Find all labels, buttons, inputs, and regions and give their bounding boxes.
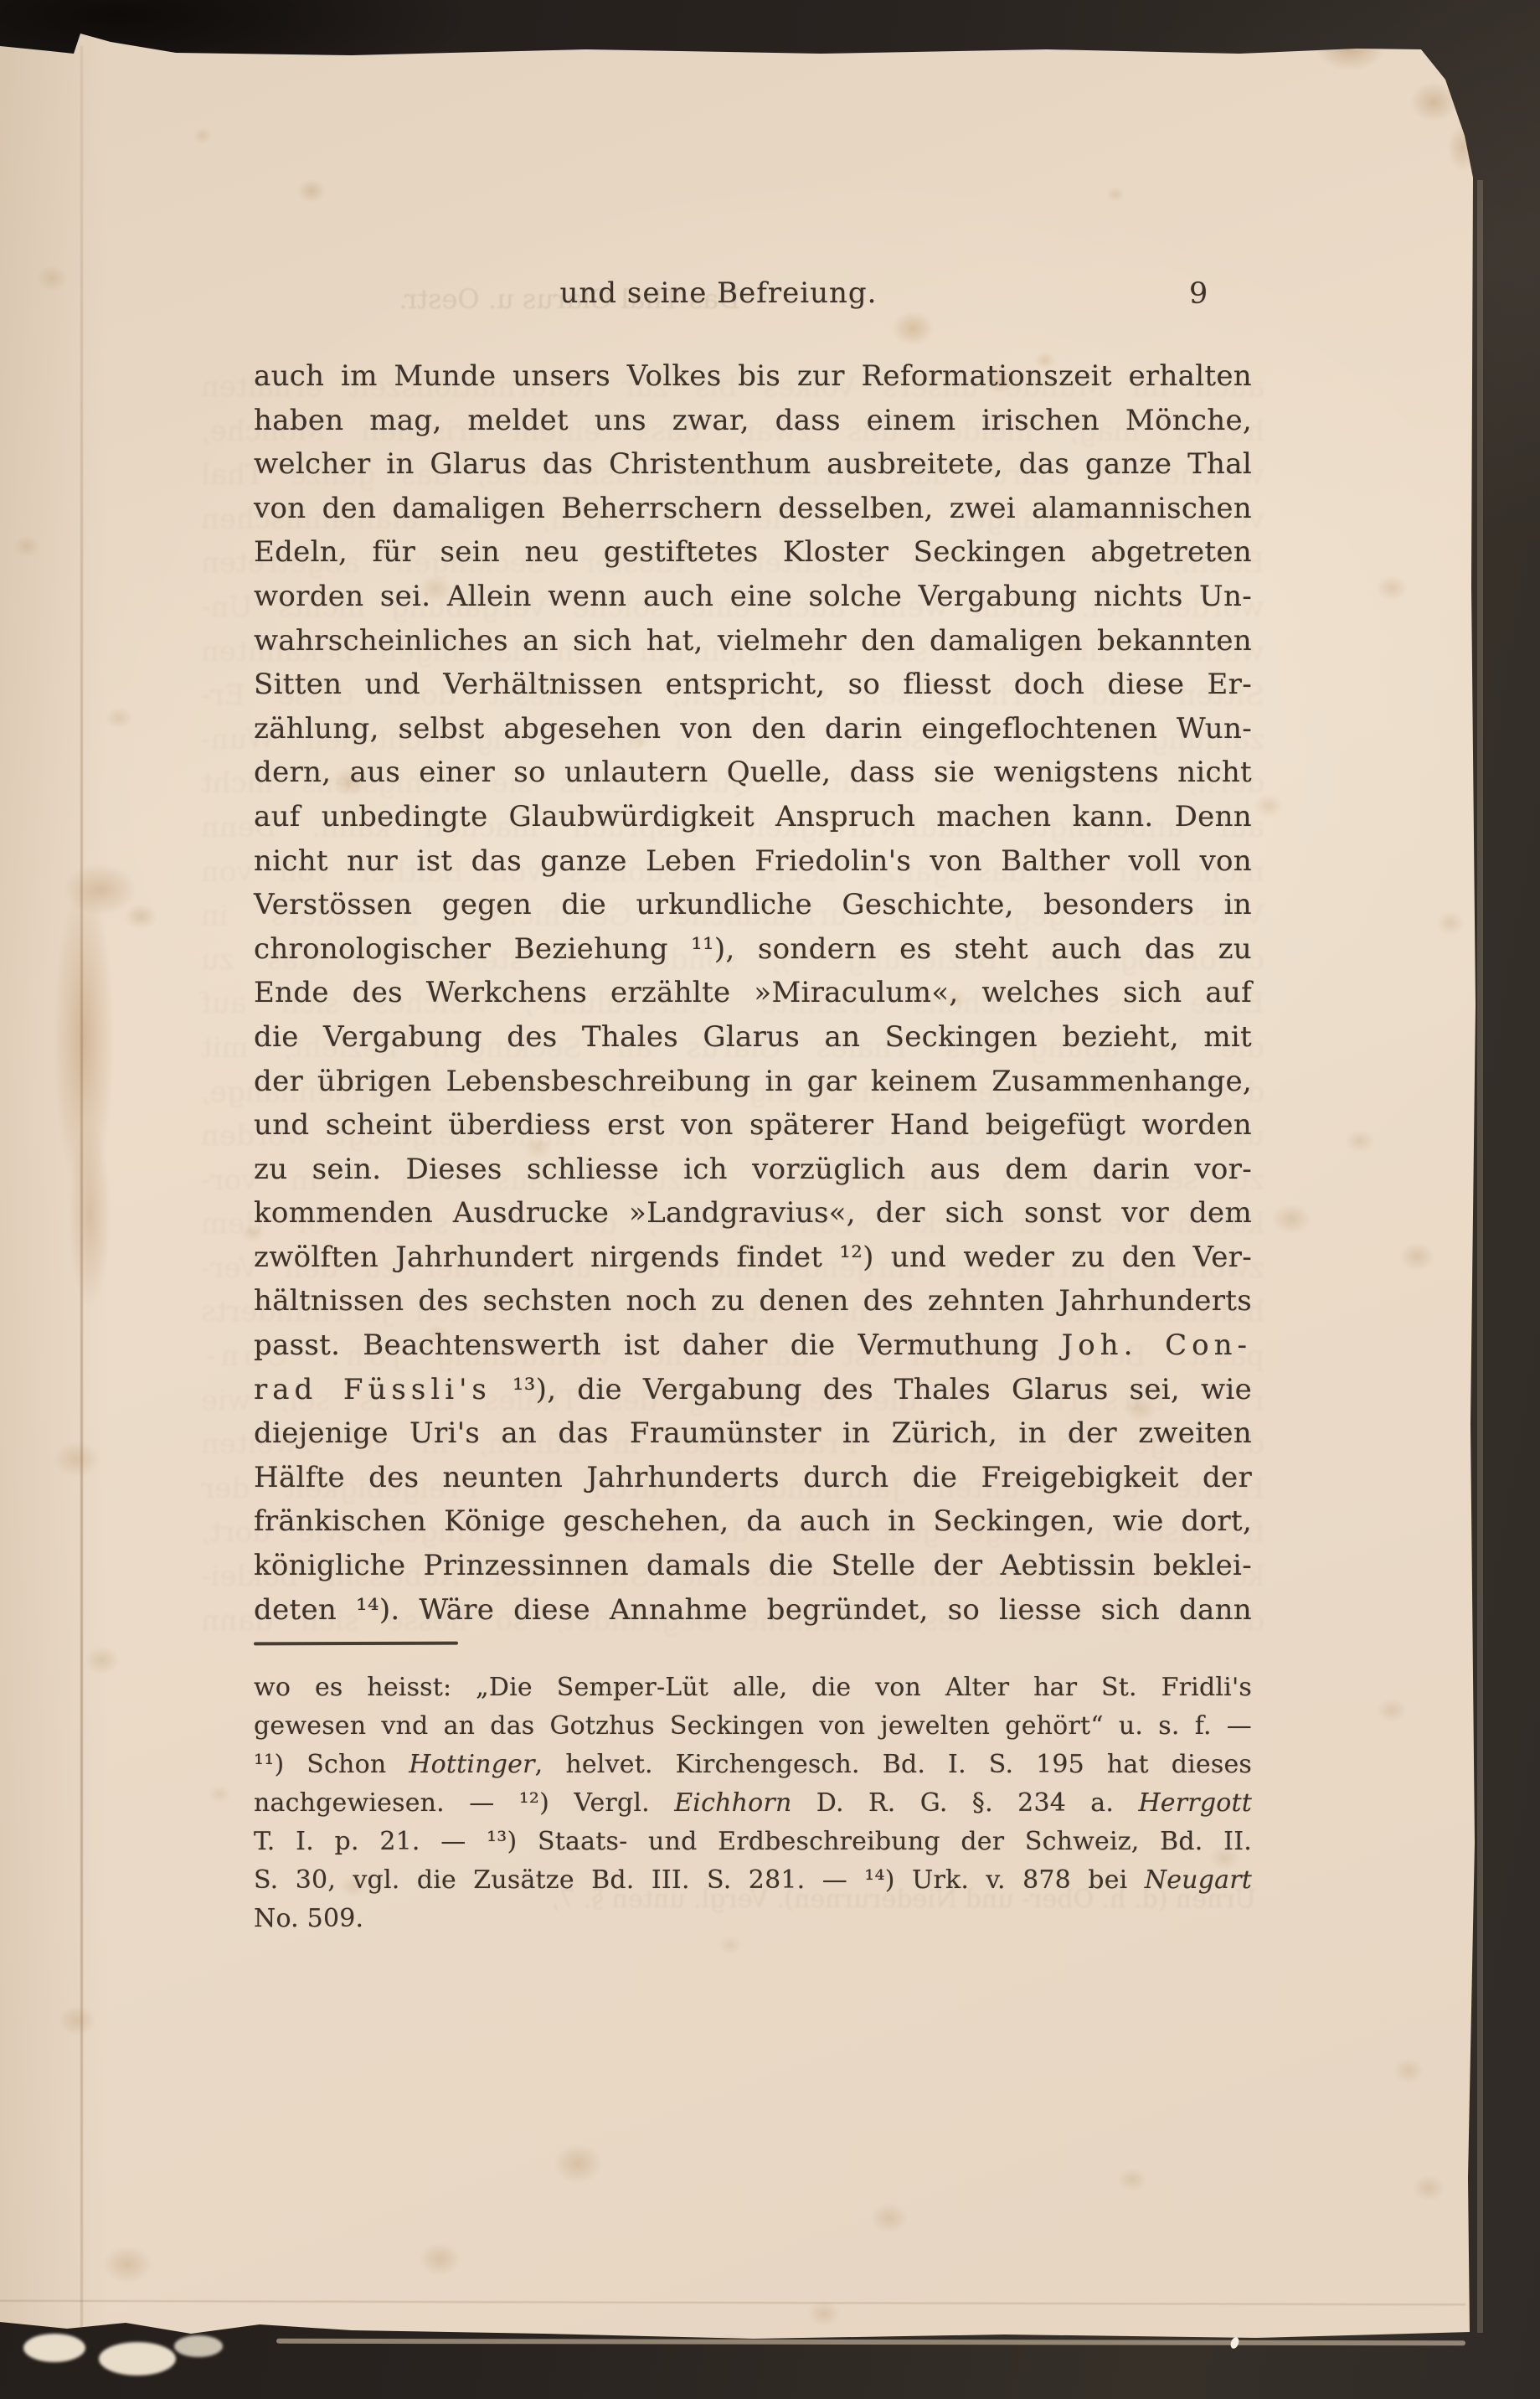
paper-fray: [23, 2334, 85, 2362]
text-line: passt. Beachtenswerth ist daher die Verm…: [254, 1323, 1252, 1368]
paper-fray: [174, 2335, 223, 2357]
text-line: zu sein. Dieses schliesse ich vorzüglich…: [254, 1148, 1252, 1192]
text-line: Verstössen gegen die urkundliche Geschic…: [254, 883, 1252, 927]
text-line: nicht nur ist das ganze Leben Friedolin'…: [254, 839, 1252, 884]
text-line: dern, aus einer so unlautern Quelle, das…: [254, 751, 1252, 795]
text-line: und scheint überdiess erst von späterer …: [254, 1103, 1252, 1148]
scanned-page-photo: Das Thal Glarus u. Oestr. auch im Munde …: [0, 0, 1540, 2399]
footnotes: wo es heisst: „Die Semper-Lüt alle, die …: [254, 1669, 1252, 1938]
page-number: 9: [1189, 277, 1239, 311]
text-line: die Vergabung des Thales Glarus an Secki…: [254, 1015, 1252, 1060]
book-page: Das Thal Glarus u. Oestr. auch im Munde …: [0, 0, 1540, 2399]
text-line: königliche Prinzessinnen damals die Stel…: [254, 1544, 1252, 1588]
vertical-crease: [80, 46, 83, 2333]
text-line: auch im Munde unsers Volkes bis zur Refo…: [254, 354, 1252, 399]
text-line: zählung, selbst abgesehen von den darin …: [254, 707, 1252, 751]
text-line: Hälfte des neunten Jahrhunderts durch di…: [254, 1456, 1252, 1500]
text-line: wo es heisst: „Die Semper-Lüt alle, die …: [254, 1669, 1252, 1707]
text-line: T. I. p. 21. — ¹³) Staats- und Erdbeschr…: [254, 1823, 1252, 1861]
paper-fray: [99, 2342, 176, 2376]
text-line: hältnissen des sechsten noch zu denen de…: [254, 1279, 1252, 1323]
text-line: rad Füssli's ¹³), die Vergabung des Thal…: [254, 1368, 1252, 1412]
text-line: von den damaligen Beherrschern desselben…: [254, 487, 1252, 531]
text-line: wahrscheinliches an sich hat, vielmehr d…: [254, 619, 1252, 663]
text-line: haben mag, meldet uns zwar, dass einem i…: [254, 399, 1252, 443]
footnote-separator: [254, 1642, 458, 1646]
text-line: ¹¹) Schon Hottinger, helvet. Kirchengesc…: [254, 1746, 1252, 1784]
text-line: Edeln, für sein neu gestiftetes Kloster …: [254, 530, 1252, 575]
text-line: Ende des Werkchens erzählte »Miraculum«,…: [254, 971, 1252, 1015]
text-line: der übrigen Lebensbeschreibung in gar ke…: [254, 1060, 1252, 1104]
text-line: Sitten und Verhältnissen entspricht, so …: [254, 663, 1252, 707]
body-text: auch im Munde unsers Volkes bis zur Refo…: [254, 354, 1252, 1632]
bottom-crease: [0, 2300, 1465, 2306]
text-line: kommenden Ausdrucke »Landgravius«, der s…: [254, 1191, 1252, 1236]
text-line: worden sei. Allein wenn auch eine solche…: [254, 575, 1252, 619]
underlying-page-edge-right: [1477, 180, 1483, 2333]
text-line: auf unbedingte Glaubwürdigkeit Anspruch …: [254, 795, 1252, 839]
text-line: nachgewiesen. — ¹²) Vergl. Eichhorn D. R…: [254, 1784, 1252, 1823]
text-line: diejenige Uri's an das Fraumünster in Zü…: [254, 1411, 1252, 1456]
text-line: fränkischen Könige geschehen, da auch in…: [254, 1499, 1252, 1544]
text-line: deten ¹⁴). Wäre diese Annahme begründet,…: [254, 1588, 1252, 1633]
text-line: No. 509.: [254, 1900, 1252, 1938]
text-line: S. 30, vgl. die Zusätze Bd. III. S. 281.…: [254, 1861, 1252, 1900]
text-line: zwölften Jahrhundert nirgends findet ¹²)…: [254, 1236, 1252, 1280]
running-title: und seine Befreiung.: [254, 276, 1250, 310]
text-line: gewesen vnd an das Gotzhus Seckingen von…: [254, 1707, 1252, 1746]
text-line: welcher in Glarus das Christenthum ausbr…: [254, 442, 1252, 487]
text-line: chronologischer Beziehung ¹¹), sondern e…: [254, 927, 1252, 972]
